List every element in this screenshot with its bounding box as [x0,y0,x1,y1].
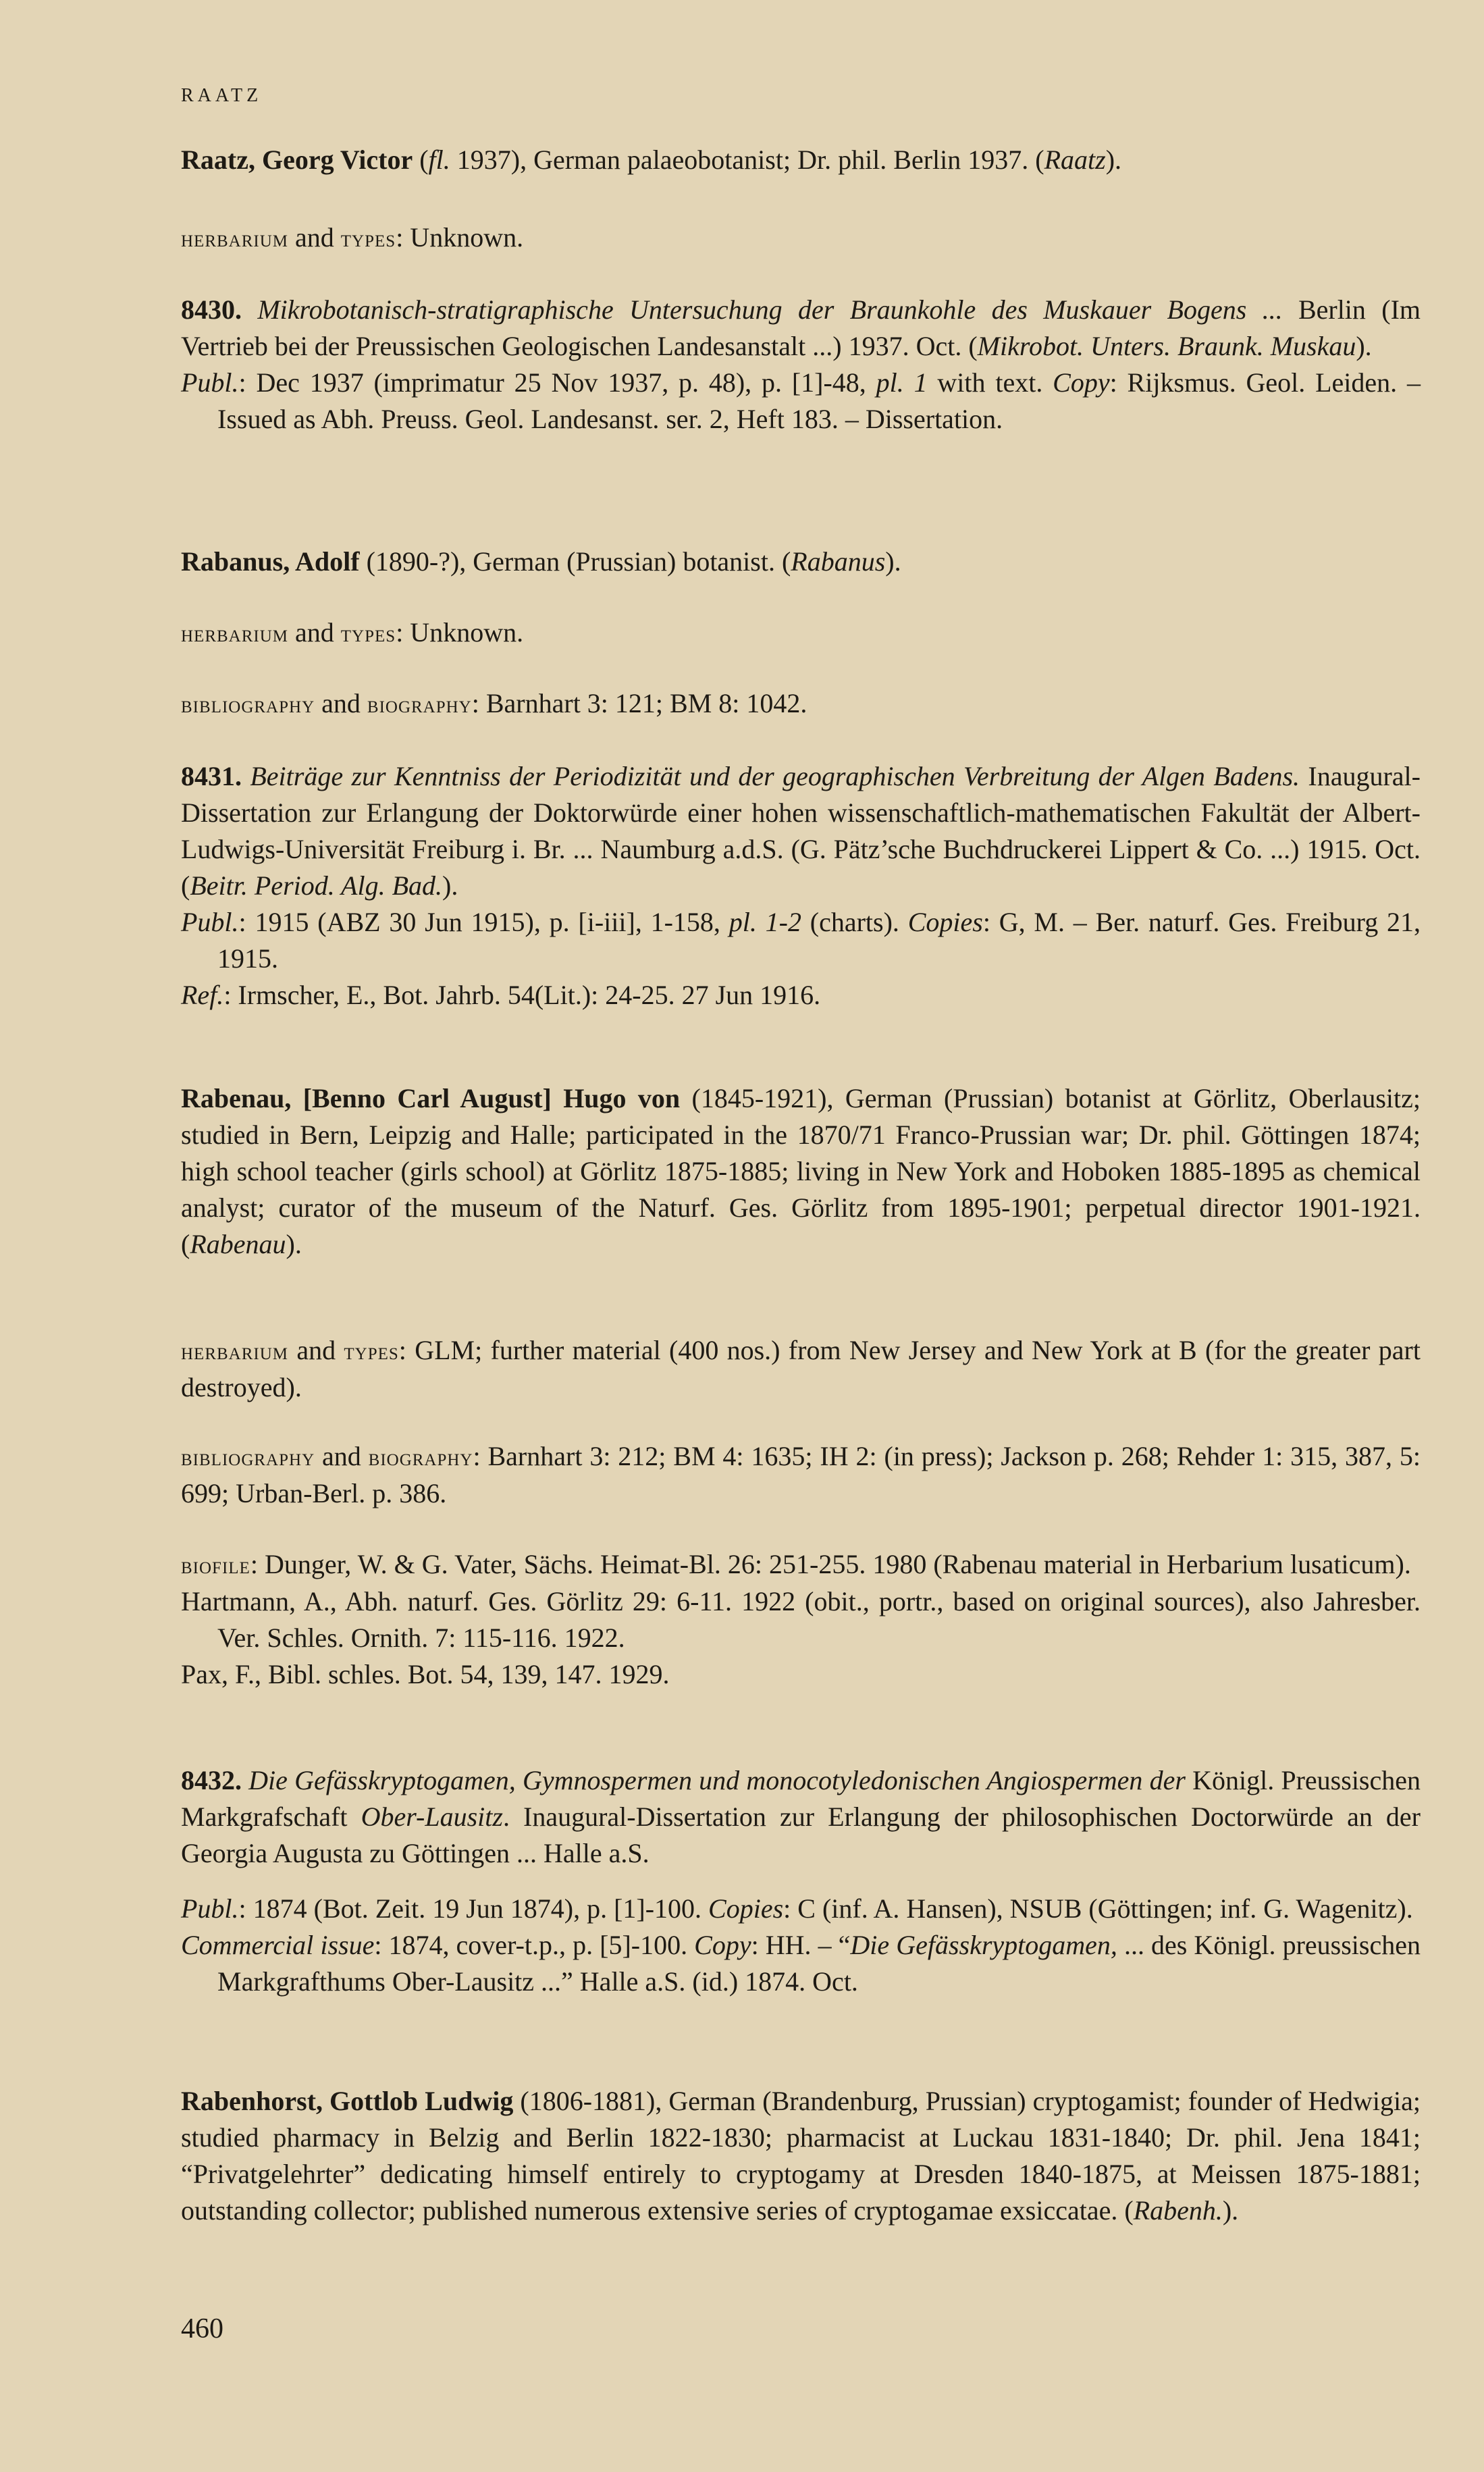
author-name: Rabenau, [Benno Carl August] Hugo von [181,1083,680,1113]
author-abbreviation: Raatz [1044,144,1106,175]
running-head: RAATZ [181,85,262,107]
author-abbreviation: Rabenau [190,1229,286,1259]
rabanus-bibliography: Bibliography and Biography: Barnhart 3: … [181,685,1421,722]
entry-rabenhorst: Rabenhorst, Gottlob Ludwig (1806-1881), … [181,2083,1421,2229]
author-name: Rabanus, Adolf [181,546,360,577]
entry-rabenau: Rabenau, [Benno Carl August] Hugo von (1… [181,1080,1421,1263]
work-8432-publication: Publ.: 1874 (Bot. Zeit. 19 Jun 1874), p.… [181,1891,1421,2000]
work-title: Beiträge zur Kenntniss der Periodizität … [250,761,1300,791]
entry-raatz: Raatz, Georg Victor (fl. 1937), German p… [181,142,1421,178]
author-abbreviation: Rabanus [791,546,885,577]
work-title: Die Gefässkryptogamen, Gymnospermen und … [248,1765,1186,1795]
author-name: Raatz, Georg Victor [181,144,413,175]
work-8431: 8431. Beiträge zur Kenntniss der Periodi… [181,758,1421,1014]
entry-rabanus: Rabanus, Adolf (1890-?), German (Prussia… [181,544,1421,580]
work-number: 8431. [181,761,242,791]
work-8430: 8430. Mikrobotanisch-stratigraphische Un… [181,292,1421,438]
work-number: 8432. [181,1765,242,1795]
page-number: 460 [181,2313,223,2345]
raatz-herbarium: Herbarium and Types: Unknown. [181,219,1421,257]
rabenau-bibliography: Bibliography and Biography: Barnhart 3: … [181,1438,1421,1512]
rabenau-biofile: Biofile: Dunger, W. & G. Vater, Sächs. H… [181,1546,1421,1693]
author-name: Rabenhorst, Gottlob Ludwig [181,2086,513,2116]
work-8432: 8432. Die Gefässkryptogamen, Gymnosperme… [181,1762,1421,1872]
author-abbreviation: Rabenh. [1134,2195,1223,2226]
work-number: 8430. [181,294,242,325]
rabanus-herbarium: Herbarium and Types: Unknown. [181,614,1421,652]
work-title: Mikrobotanisch-stratigraphische Untersuc… [257,294,1282,325]
rabenau-herbarium: Herbarium and Types: GLM; further materi… [181,1332,1421,1406]
